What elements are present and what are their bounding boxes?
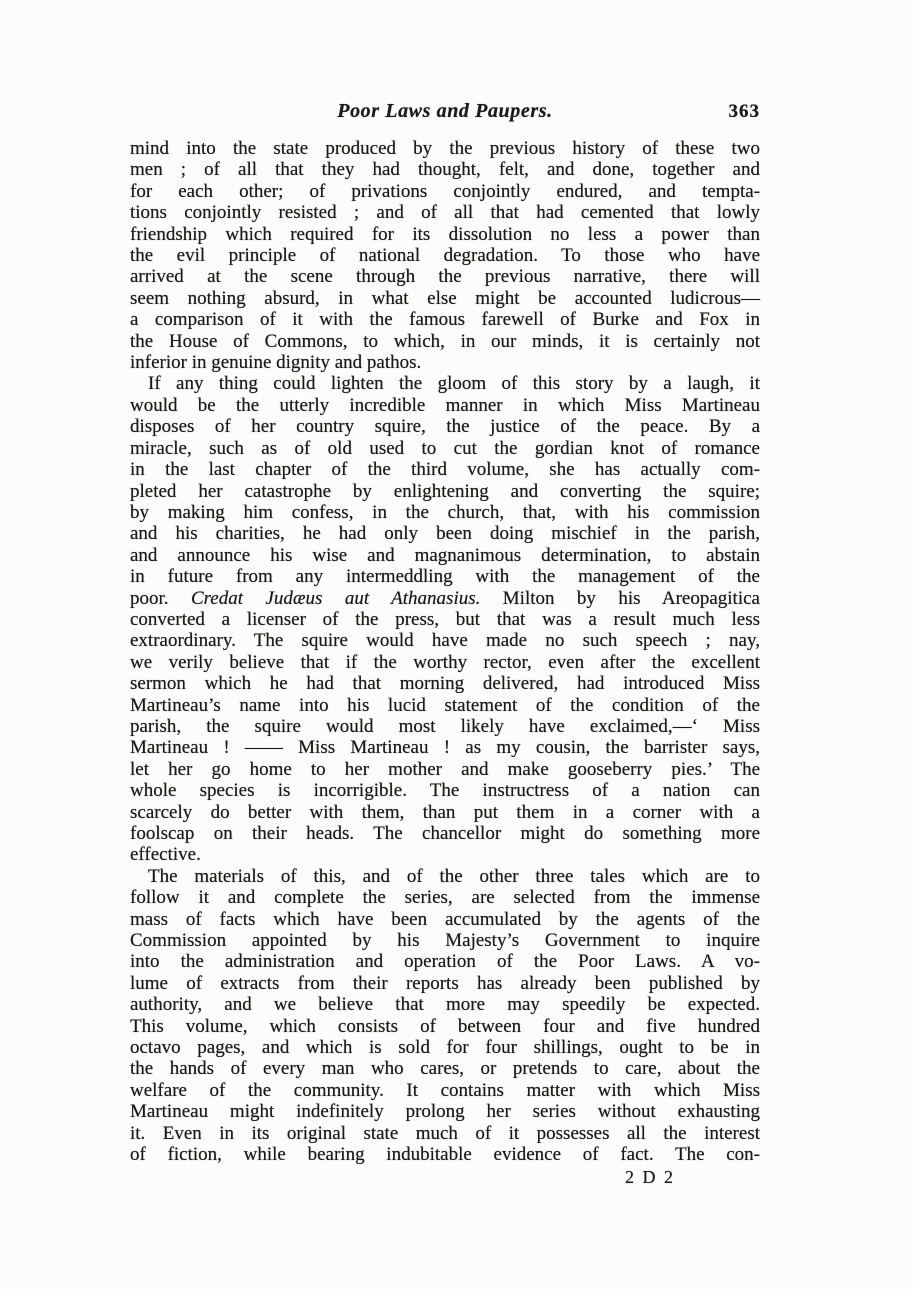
text-line: in future from any intermeddling with th… (130, 566, 760, 587)
text-line: in the last chapter of the third volume,… (130, 459, 760, 480)
text-line: into the administration and operation of… (130, 951, 760, 972)
text-line: This volume, which consists of between f… (130, 1016, 760, 1037)
text-line: miracle, such as of old used to cut the … (130, 438, 760, 459)
signature-mark: 2 D 2 (625, 1167, 675, 1188)
text-line: it. Even in its original state much of i… (130, 1123, 760, 1144)
text-line: octavo pages, and which is sold for four… (130, 1037, 760, 1058)
paragraph: mind into the state produced by the prev… (130, 138, 760, 373)
text-line: mass of facts which have been accumulate… (130, 909, 760, 930)
text-line: authority, and we believe that more may … (130, 994, 760, 1015)
text-line: a comparison of it with the famous farew… (130, 309, 760, 330)
text-line: scarcely do better with them, than put t… (130, 802, 760, 823)
text-line: If any thing could lighten the gloom of … (130, 373, 760, 394)
text-line: extraordinary. The squire would have mad… (130, 630, 760, 651)
text-line: lume of extracts from their reports has … (130, 973, 760, 994)
text-line: and announce his wise and magnanimous de… (130, 545, 760, 566)
page-footer: 2 D 2 (130, 1167, 760, 1188)
text-line: seem nothing absurd, in what else might … (130, 288, 760, 309)
text-line: parish, the squire would most likely hav… (130, 716, 760, 737)
text-body: mind into the state produced by the prev… (130, 138, 760, 1166)
text-line: the hands of every man who cares, or pre… (130, 1058, 760, 1079)
text-line: the House of Commons, to which, in our m… (130, 331, 760, 352)
text-line: Martineau might indefinitely prolong her… (130, 1101, 760, 1122)
text-line: tions conjointly resisted ; and of all t… (130, 202, 760, 223)
text-line: pleted her catastrophe by enlightening a… (130, 481, 760, 502)
text-segment: Milton by his Areopagitica (480, 588, 760, 609)
page-number: 363 (729, 101, 761, 123)
text-line: would be the utterly incredible manner i… (130, 395, 760, 416)
text-line: foolscap on their heads. The chancellor … (130, 823, 760, 844)
book-page: Poor Laws and Paupers. 363 mind into the… (0, 0, 913, 1289)
text-line: by making him confess, in the church, th… (130, 502, 760, 523)
text-line: effective. (130, 844, 760, 865)
text-line: mind into the state produced by the prev… (130, 138, 760, 159)
running-title: Poor Laws and Paupers. (337, 100, 552, 122)
page-header: Poor Laws and Paupers. 363 (130, 100, 760, 126)
latin-phrase: Credat Judæus aut Athanasius. (191, 588, 480, 609)
text-segment: poor. (130, 588, 191, 609)
text-line: poor. Credat Judæus aut Athanasius. Milt… (130, 588, 760, 609)
text-line: Commission appointed by his Majesty’s Go… (130, 930, 760, 951)
text-line: arrived at the scene through the previou… (130, 266, 760, 287)
text-line: friendship which required for its dissol… (130, 224, 760, 245)
text-line: men ; of all that they had thought, felt… (130, 159, 760, 180)
text-line: the evil principle of national degradati… (130, 245, 760, 266)
text-line: The materials of this, and of the other … (130, 866, 760, 887)
paragraph: The materials of this, and of the other … (130, 866, 760, 1166)
text-line: Martineau’s name into his lucid statemen… (130, 695, 760, 716)
text-line: inferior in genuine dignity and pathos. (130, 352, 760, 373)
text-line: sermon which he had that morning deliver… (130, 673, 760, 694)
text-line: let her go home to her mother and make g… (130, 759, 760, 780)
text-line: we verily believe that if the worthy rec… (130, 652, 760, 673)
text-line: whole species is incorrigible. The instr… (130, 780, 760, 801)
paragraph: If any thing could lighten the gloom of … (130, 373, 760, 865)
text-line: converted a licenser of the press, but t… (130, 609, 760, 630)
text-line: welfare of the community. It contains ma… (130, 1080, 760, 1101)
text-line: Martineau ! —— Miss Martineau ! as my co… (130, 737, 760, 758)
text-line: of fiction, while bearing indubitable ev… (130, 1144, 760, 1165)
text-line: disposes of her country squire, the just… (130, 416, 760, 437)
text-line: and his charities, he had only been doin… (130, 523, 760, 544)
text-line: follow it and complete the series, are s… (130, 887, 760, 908)
text-line: for each other; of privations conjointly… (130, 181, 760, 202)
